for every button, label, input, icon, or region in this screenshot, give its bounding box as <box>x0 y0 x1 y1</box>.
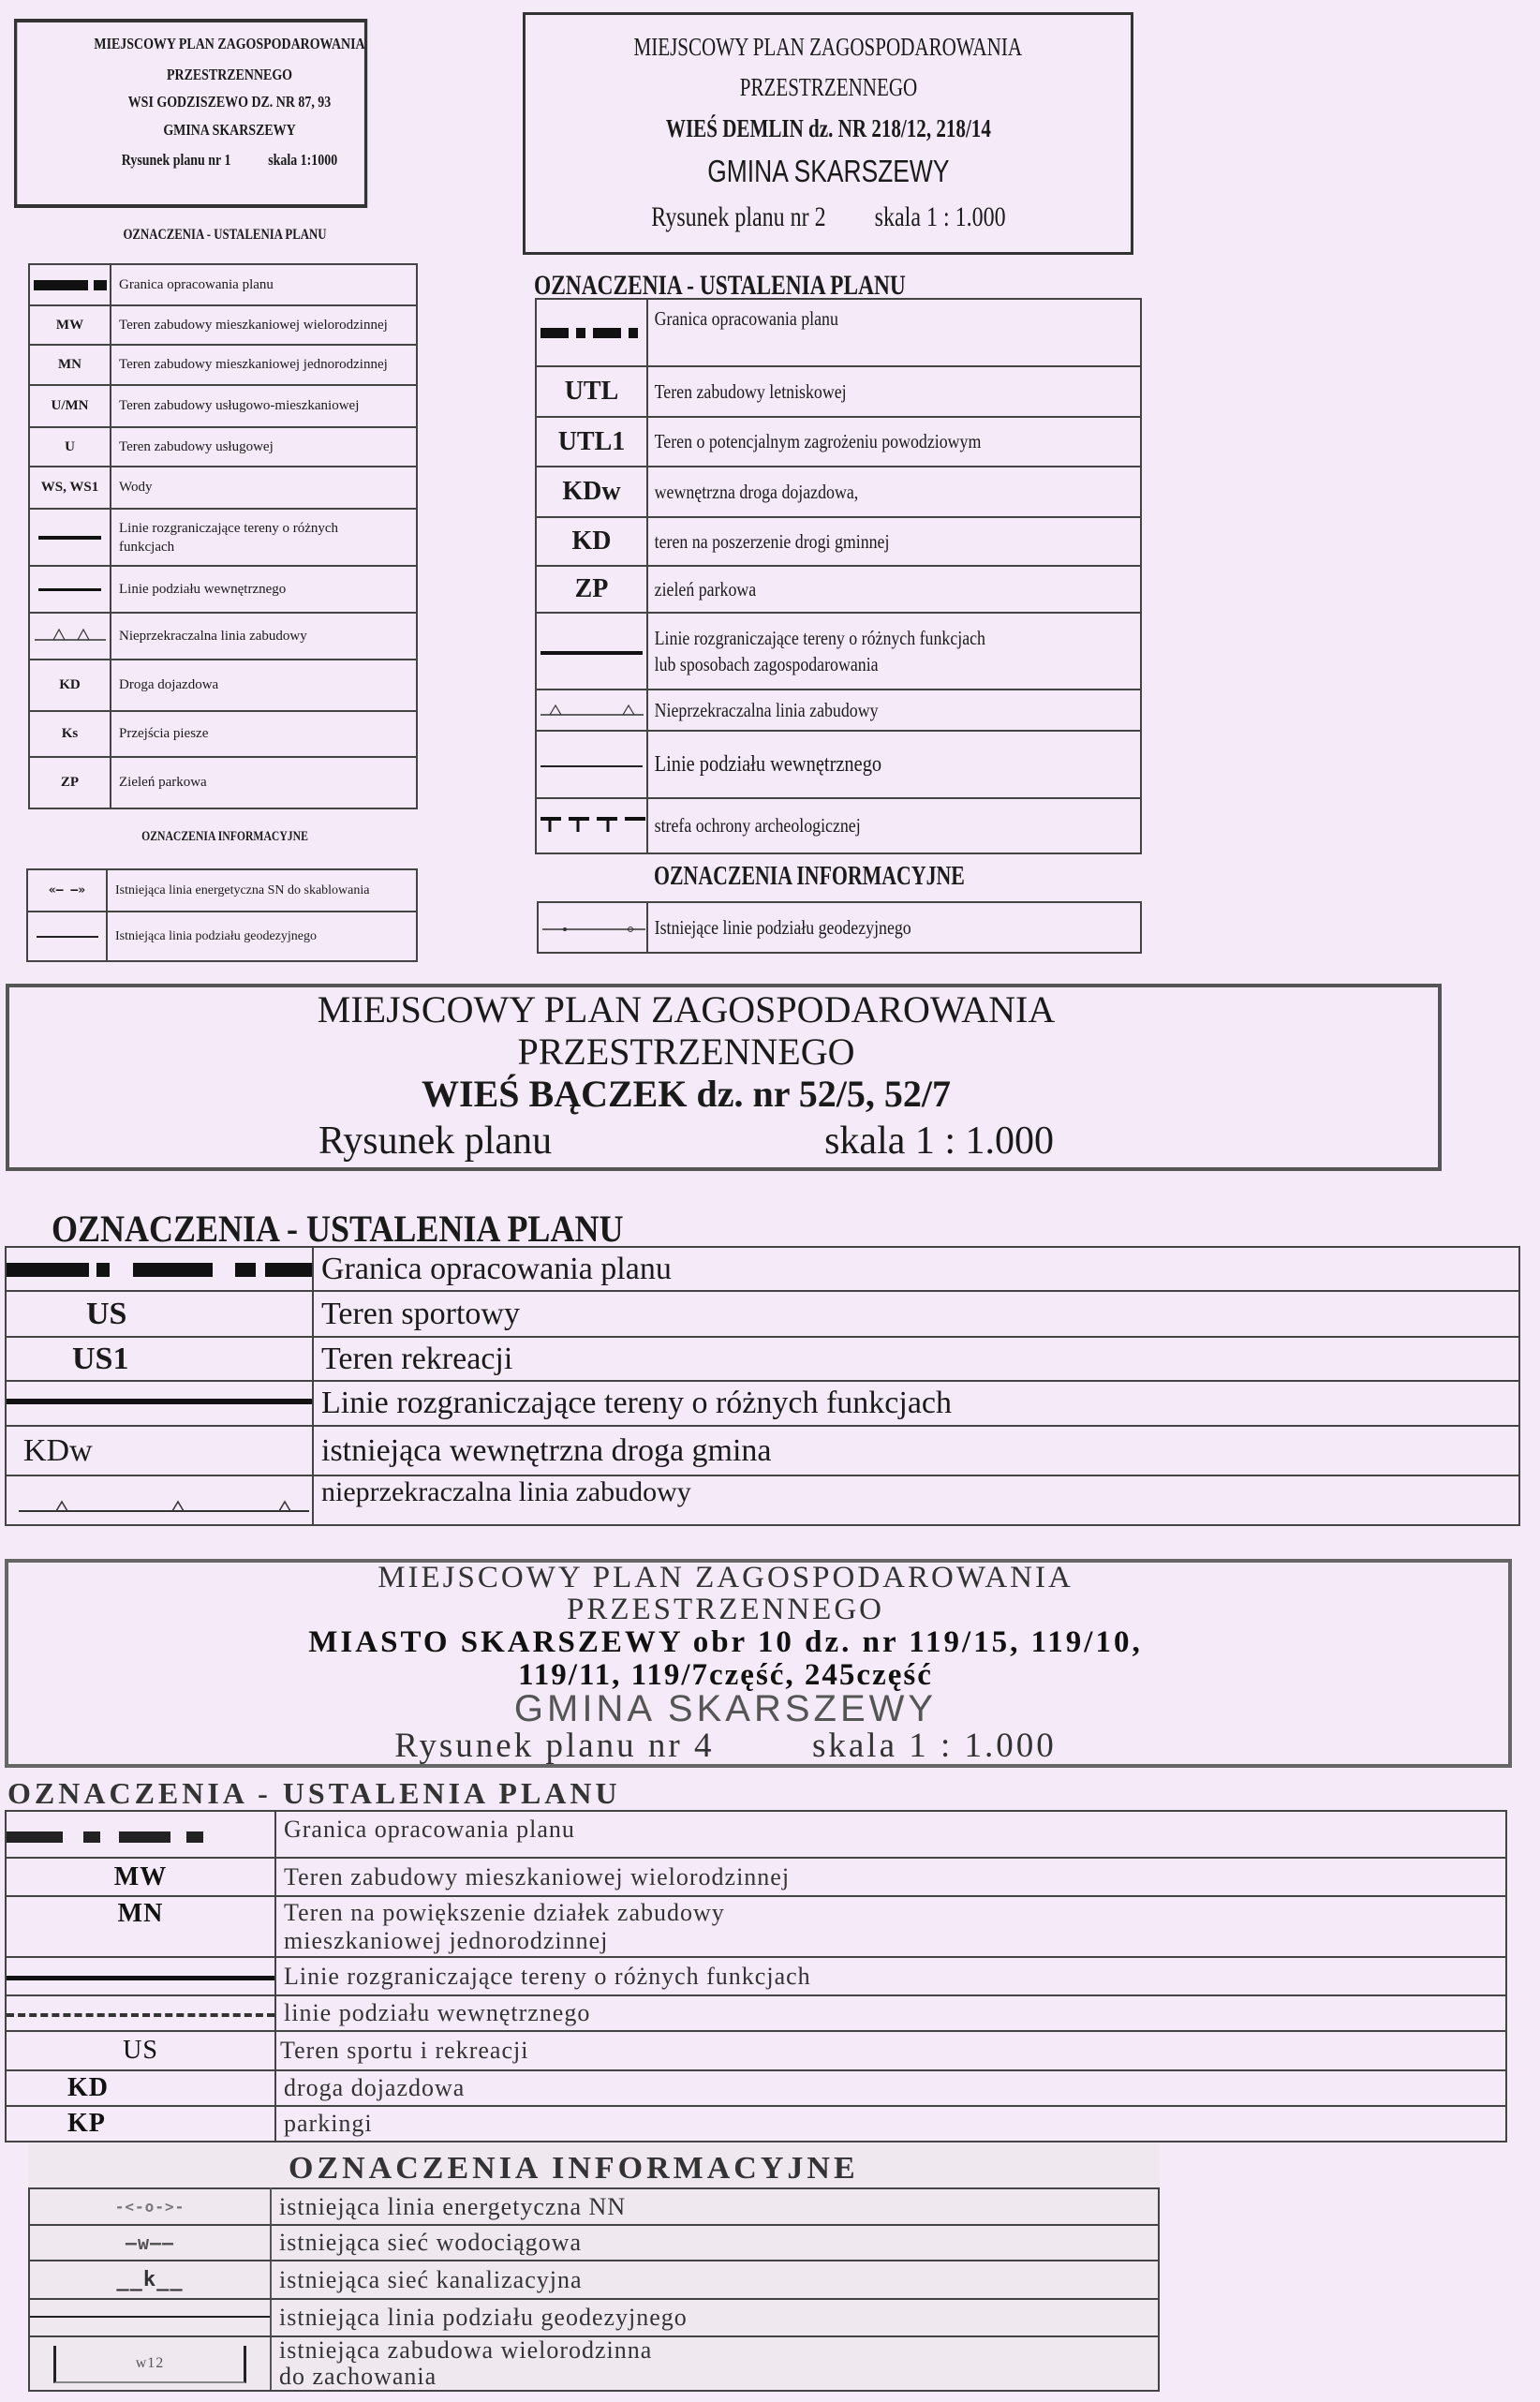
panel-godziszewo: MIEJSCOWY PLAN ZAGOSPODAROWANIA PRZESTRZ… <box>0 0 506 974</box>
drawing-number: Rysunek planu nr 1 <box>122 151 231 169</box>
legend-code: UTL <box>536 366 647 417</box>
info-table: Istniejące linie podziału geodezyjnego <box>537 901 1142 954</box>
info-row: w12 istniejąca zabudowa wielorodzinnado … <box>29 2336 1159 2391</box>
legend-row: Granica opracowania planu <box>29 264 417 305</box>
header-line: MIEJSCOWY PLAN ZAGOSPODAROWANIA <box>378 1562 1074 1594</box>
info-row: istniejąca linia podziału geodezyjnego <box>29 2299 1159 2336</box>
legend-code: KD <box>6 2070 275 2106</box>
drawing-scale: skala 1 : 1.000 <box>874 201 1005 232</box>
legend-code: US <box>6 1291 313 1337</box>
power-line-icon: -<-o->- <box>29 2188 271 2225</box>
dashed-line-icon <box>7 2013 274 2017</box>
legend-label: Teren rekreacji <box>313 1337 1519 1381</box>
legend-label: Linie rozgraniczające tereny o różnych f… <box>275 1957 1506 1995</box>
legend-label: Teren zabudowy letniskowej <box>647 366 1067 417</box>
legend-label: Zieleń parkowa <box>111 757 417 808</box>
legend-row: UTL1Teren o potencjalnym zagrożeniu powo… <box>536 417 1141 467</box>
info-row: -<-o->- istniejąca linia energetyczna NN <box>29 2188 1159 2225</box>
legend-code: KDw <box>536 467 647 517</box>
header-line: 119/11, 119/7część, 245część <box>518 1659 933 1691</box>
info-row: —w—— istniejąca sieć wodociągowa <box>29 2225 1159 2261</box>
legend-code: ZP <box>29 757 111 808</box>
legend-label: Teren sportowy <box>313 1291 1519 1337</box>
legend-code: KDw <box>6 1426 313 1475</box>
boundary-dash-icon <box>540 325 645 340</box>
legend-label: Nieprzekraczalna linia zabudowy <box>111 613 417 660</box>
legend-row: KDDroga dojazdowa <box>29 660 417 711</box>
info-label-cont: do zachowania <box>279 2364 1150 2390</box>
thick-line-icon <box>7 1399 312 1404</box>
thin-line-icon <box>30 2316 270 2318</box>
legend-label: Droga dojazdowa <box>111 660 417 711</box>
legend-row: MWTeren zabudowy mieszkaniowej wielorodz… <box>29 305 417 345</box>
legend-row: Linie podziału wewnętrznego <box>29 566 417 613</box>
legend-row: Linie rozgraniczające tereny o różnych f… <box>6 1381 1519 1426</box>
legend-table: Granica opracowania planu UTLTeren zabud… <box>535 298 1142 854</box>
legend-label: Granica opracowania planu <box>275 1811 1506 1858</box>
legend-label-cont: mieszkaniowej jednorodzinnej <box>284 1927 1498 1955</box>
legend-code: MW <box>29 305 111 345</box>
legend-label: Teren zabudowy usługowej <box>111 427 417 467</box>
legend-label: Granica opracowania planu <box>111 264 417 305</box>
info-table: -<-o->- istniejąca linia energetyczna NN… <box>28 2187 1160 2392</box>
legend-table: Granica opracowania planu USTeren sporto… <box>5 1246 1520 1526</box>
legend-title: OZNACZENIA - USTALENIA PLANU <box>67 227 382 244</box>
plan-header-text: MIEJSCOWY PLAN ZAGOSPODAROWANIA PRZESTRZ… <box>14 26 445 204</box>
legend-label: Linie rozgraniczające tereny o różnych f… <box>655 625 1060 651</box>
legend-title: OZNACZENIA - USTALENIA PLANU <box>52 1207 623 1251</box>
info-label: Istniejące linie podziału geodezyjnego <box>647 902 1067 953</box>
plan-header: MIEJSCOWY PLAN ZAGOSPODAROWANIA PRZESTRZ… <box>6 984 1442 1171</box>
legend-label: Wody <box>111 467 417 509</box>
header-line: MIEJSCOWY PLAN ZAGOSPODAROWANIA <box>318 988 1055 1031</box>
legend-row: MWTeren zabudowy mieszkaniowej wielorodz… <box>6 1858 1506 1896</box>
legend-code: MN <box>29 345 111 385</box>
legend-code: KD <box>536 517 647 566</box>
legend-title: OZNACZENIA - USTALENIA PLANU <box>534 270 906 302</box>
legend-row: nieprzekraczalna linia zabudowy <box>6 1475 1519 1525</box>
info-row: __k__ istniejąca sieć kanalizacyjna <box>29 2261 1159 2299</box>
legend-row: USTeren sportowy <box>6 1291 1519 1337</box>
panel-baczek: MIEJSCOWY PLAN ZAGOSPODAROWANIA PRZESTRZ… <box>0 974 1540 1536</box>
legend-label: parkingi <box>275 2106 1506 2142</box>
legend-row: Granica opracowania planu <box>536 299 1141 366</box>
info-title: OZNACZENIA INFORMACYJNE <box>654 862 965 892</box>
triangle-line-icon <box>540 701 644 718</box>
legend-label-cont: funkcjach <box>119 538 408 556</box>
legend-row: KPparkingi <box>6 2106 1506 2142</box>
legend-row: Granica opracowania planu <box>6 1811 1506 1858</box>
legend-label: Linie podziału wewnętrznego <box>647 731 1067 798</box>
panel-miasto-skarszewy: MIEJSCOWY PLAN ZAGOSPODAROWANIA PRZESTRZ… <box>0 1536 1540 2402</box>
legend-label: nieprzekraczalna linia zabudowy <box>313 1475 1519 1525</box>
legend-code: UTL1 <box>536 417 647 467</box>
triangle-line-icon <box>9 1496 309 1515</box>
legend-label: Granica opracowania planu <box>647 299 1067 366</box>
info-table: «— —» Istniejąca linia energetyczna SN d… <box>26 868 418 962</box>
header-line: PRZESTRZENNEGO <box>518 1031 855 1073</box>
legend-label: Teren zabudowy mieszkaniowej wielorodzin… <box>275 1858 1506 1896</box>
sewer-line-icon: __k__ <box>29 2261 271 2299</box>
legend-code: US <box>6 2031 275 2070</box>
legend-code: MN <box>6 1896 275 1957</box>
drawing-number: Rysunek planu <box>318 1119 552 1163</box>
legend-row: US1Teren rekreacji <box>6 1337 1519 1381</box>
triangle-line-icon <box>35 626 106 643</box>
legend-row: ZPzieleń parkowa <box>536 566 1141 613</box>
info-title: OZNACZENIA INFORMACYJNE <box>71 829 378 845</box>
drawing-scale: skala 1 : 1.000 <box>824 1119 1054 1163</box>
legend-row: KDwwewnętrzna droga dojazdowa, <box>536 467 1141 517</box>
archaeology-line-icon <box>540 813 647 834</box>
legend-label: wewnętrzna droga dojazdowa, <box>647 467 1067 517</box>
legend-row: Granica opracowania planu <box>6 1247 1519 1291</box>
header-line: GMINA SKARSZEWY <box>514 1691 937 1727</box>
info-label: Istniejąca linia energetyczna SN do skab… <box>107 869 417 912</box>
legend-label: droga dojazdowa <box>275 2070 1506 2106</box>
legend-row: Linie rozgraniczające tereny o różnych f… <box>6 1957 1506 1995</box>
legend-row: KDteren na poszerzenie drogi gminnej <box>536 517 1141 566</box>
legend-label: Teren o potencjalnym zagrożeniu powodzio… <box>647 417 1067 467</box>
geodetic-line-icon <box>542 922 645 935</box>
building-icon: w12 <box>53 2346 246 2383</box>
thin-line-icon <box>37 936 98 938</box>
header-line: PRZESTRZENNEGO <box>567 1594 884 1625</box>
legend-row: MNTeren zabudowy mieszkaniowej jednorodz… <box>29 345 417 385</box>
legend-code: ZP <box>536 566 647 613</box>
legend-code: US1 <box>6 1337 313 1381</box>
legend-row: linie podziału wewnętrznego <box>6 1995 1506 2031</box>
power-line-icon: «— —» <box>27 869 107 912</box>
legend-row: MN Teren na powiększenie działek zabudow… <box>6 1896 1506 1957</box>
legend-label: Teren zabudowy mieszkaniowej jednorodzin… <box>111 345 417 385</box>
header-line: GMINA SKARSZEWY <box>52 116 406 144</box>
legend-row: UTLTeren zabudowy letniskowej <box>536 366 1141 417</box>
legend-label: Linie rozgraniczające tereny o różnych <box>119 519 408 538</box>
thick-line-icon <box>540 651 643 655</box>
thick-line-icon <box>38 536 102 540</box>
info-row: Istniejące linie podziału geodezyjnego <box>538 902 1141 953</box>
legend-row: WS, WS1Wody <box>29 467 417 509</box>
drawing-scale: skala 1 : 1.000 <box>812 1727 1057 1765</box>
legend-row: UTeren zabudowy usługowej <box>29 427 417 467</box>
thin-line-icon <box>38 588 102 591</box>
info-title: OZNACZENIA INFORMACYJNE <box>289 2151 859 2187</box>
header-line: WSI GODZISZEWO DZ. NR 87, 93 <box>52 88 406 116</box>
panel-demlin: MIEJSCOWY PLAN ZAGOSPODAROWANIA PRZESTRZ… <box>506 0 1162 974</box>
boundary-dash-icon <box>34 280 88 290</box>
legend-label: Teren zabudowy mieszkaniowej wielorodzin… <box>111 305 417 345</box>
legend-code: U <box>29 427 111 467</box>
header-line: PRZESTRZENNEGO <box>739 67 917 108</box>
plan-header: MIEJSCOWY PLAN ZAGOSPODAROWANIA PRZESTRZ… <box>523 12 1133 255</box>
header-line: MIEJSCOWY PLAN ZAGOSPODAROWANIA <box>52 26 406 62</box>
legend-label: Granica opracowania planu <box>313 1247 1519 1291</box>
legend-code: KP <box>6 2106 275 2142</box>
info-label: istniejąca linia energetyczna NN <box>271 2188 1159 2225</box>
header-line: WIEŚ DEMLIN dz. NR 218/12, 218/14 <box>666 108 991 149</box>
info-label: istniejąca sieć kanalizacyjna <box>271 2261 1159 2299</box>
legend-row: Linie rozgraniczające tereny o różnych f… <box>536 613 1141 689</box>
legend-code: MW <box>6 1858 275 1896</box>
boundary-dash-icon <box>7 1260 312 1279</box>
info-row: Istniejąca linia podziału geodezyjnego <box>27 912 417 961</box>
header-line: GMINA SKARSZEWY <box>707 149 949 194</box>
legend-label: Teren na powiększenie działek zabudowy <box>284 1899 1498 1927</box>
legend-label: strefa ochrony archeologicznej <box>647 798 1067 853</box>
legend-table: Granica opracowania planu MWTeren zabudo… <box>28 263 418 809</box>
legend-label-cont: lub sposobach zagospodarowania <box>655 651 1060 677</box>
legend-row: KDdroga dojazdowa <box>6 2070 1506 2106</box>
legend-label: linie podziału wewnętrznego <box>275 1995 1506 2031</box>
header-line: PRZESTRZENNEGO <box>52 62 406 88</box>
legend-code: Ks <box>29 711 111 757</box>
water-line-icon: —w—— <box>29 2225 271 2261</box>
legend-label: Przejścia piesze <box>111 711 417 757</box>
legend-row: Nieprzekraczalna linia zabudowy <box>536 689 1141 731</box>
thick-line-icon <box>7 1976 274 1980</box>
legend-label: Teren sportu i rekreacji <box>275 2031 1506 2070</box>
legend-row: ZPZieleń parkowa <box>29 757 417 808</box>
legend-table: Granica opracowania planu MWTeren zabudo… <box>5 1810 1507 2143</box>
legend-label: teren na poszerzenie drogi gminnej <box>647 517 1067 566</box>
info-label: Istniejąca linia podziału geodezyjnego <box>107 912 417 961</box>
legend-row: Linie rozgraniczające tereny o różnychfu… <box>29 509 417 566</box>
legend-row: KsPrzejścia piesze <box>29 711 417 757</box>
legend-label: Linie podziału wewnętrznego <box>111 566 417 613</box>
legend-label: Teren zabudowy usługowo-mieszkaniowej <box>111 385 417 427</box>
boundary-dash-icon <box>7 1829 274 1846</box>
legend-row: USTeren sportu i rekreacji <box>6 2031 1506 2070</box>
header-line: MIASTO SKARSZEWY obr 10 dz. nr 119/15, 1… <box>308 1625 1142 1659</box>
legend-title: OZNACZENIA - USTALENIA PLANU <box>7 1776 621 1811</box>
header-line: WIEŚ BĄCZEK dz. nr 52/5, 52/7 <box>422 1073 951 1116</box>
legend-row: Nieprzekraczalna linia zabudowy <box>29 613 417 660</box>
legend-code: U/MN <box>29 385 111 427</box>
info-label: istniejąca zabudowa wielorodzinna <box>279 2337 1150 2364</box>
legend-row: Linie podziału wewnętrznego <box>536 731 1141 798</box>
header-line: MIEJSCOWY PLAN ZAGOSPODAROWANIA <box>634 27 1023 67</box>
legend-label: zieleń parkowa <box>647 566 1067 613</box>
info-row: «— —» Istniejąca linia energetyczna SN d… <box>27 869 417 912</box>
legend-code: WS, WS1 <box>29 467 111 509</box>
legend-label: Nieprzekraczalna linia zabudowy <box>647 689 1067 731</box>
legend-label: istniejąca wewnętrzna droga gmina <box>313 1426 1519 1475</box>
info-label: istniejąca sieć wodociągowa <box>271 2225 1159 2261</box>
legend-label: Linie rozgraniczające tereny o różnych f… <box>313 1381 1519 1426</box>
thin-line-icon <box>540 765 643 767</box>
drawing-number: Rysunek planu nr 4 <box>394 1727 714 1765</box>
drawing-scale: skala 1:1000 <box>268 151 337 169</box>
info-label: istniejąca linia podziału geodezyjnego <box>271 2299 1159 2336</box>
legend-code: KD <box>29 660 111 711</box>
legend-row: strefa ochrony archeologicznej <box>536 798 1141 853</box>
plan-header: MIEJSCOWY PLAN ZAGOSPODAROWANIA PRZESTRZ… <box>5 1559 1512 1768</box>
drawing-number: Rysunek planu nr 2 <box>651 201 825 232</box>
legend-row: KDwistniejąca wewnętrzna droga gmina <box>6 1426 1519 1475</box>
legend-row: U/MNTeren zabudowy usługowo-mieszkaniowe… <box>29 385 417 427</box>
